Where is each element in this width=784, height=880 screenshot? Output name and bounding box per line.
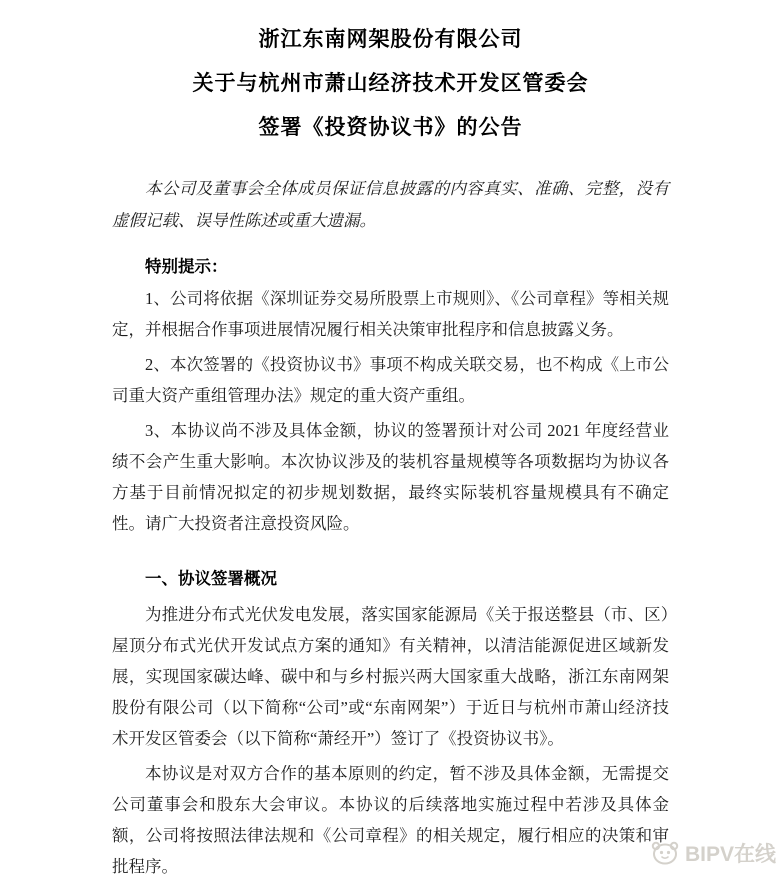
notice-item-3: 3、本协议尚不涉及具体金额，协议的签署预计对公司 2021 年度经营业绩不会产生… bbox=[112, 415, 669, 539]
special-notice-heading: 特别提示： bbox=[112, 252, 669, 283]
watermark-text: BIPV在线 bbox=[685, 838, 776, 868]
disclaimer-statement: 本公司及董事会全体成员保证信息披露的内容真实、准确、完整，没有虚假记载、误导性陈… bbox=[112, 173, 669, 237]
section-1-heading: 一、协议签署概况 bbox=[112, 564, 669, 595]
section-1-paragraph-2: 本协议是对双方合作的基本原则的约定，暂不涉及具体金额，无需提交公司董事会和股东大… bbox=[112, 758, 669, 880]
watermark: BIPV在线 bbox=[649, 838, 776, 868]
notice-item-1: 1、公司将依据《深圳证券交易所股票上市规则》、《公司章程》等相关规定，并根据合作… bbox=[112, 283, 669, 345]
panda-face-icon bbox=[649, 840, 679, 866]
announcement-document: 浙江东南网架股份有限公司 关于与杭州市萧山经济技术开发区管委会 签署《投资协议书… bbox=[0, 0, 784, 880]
document-title-line-3: 签署《投资协议书》的公告 bbox=[112, 106, 669, 150]
document-title-line-2: 关于与杭州市萧山经济技术开发区管委会 bbox=[112, 62, 669, 106]
document-title-line-1: 浙江东南网架股份有限公司 bbox=[112, 18, 669, 62]
section-1-paragraph-1: 为推进分布式光伏发电发展，落实国家能源局《关于报送整县（市、区）屋顶分布式光伏开… bbox=[112, 599, 669, 754]
notice-item-2: 2、本次签署的《投资协议书》事项不构成关联交易，也不构成《上市公司重大资产重组管… bbox=[112, 349, 669, 411]
